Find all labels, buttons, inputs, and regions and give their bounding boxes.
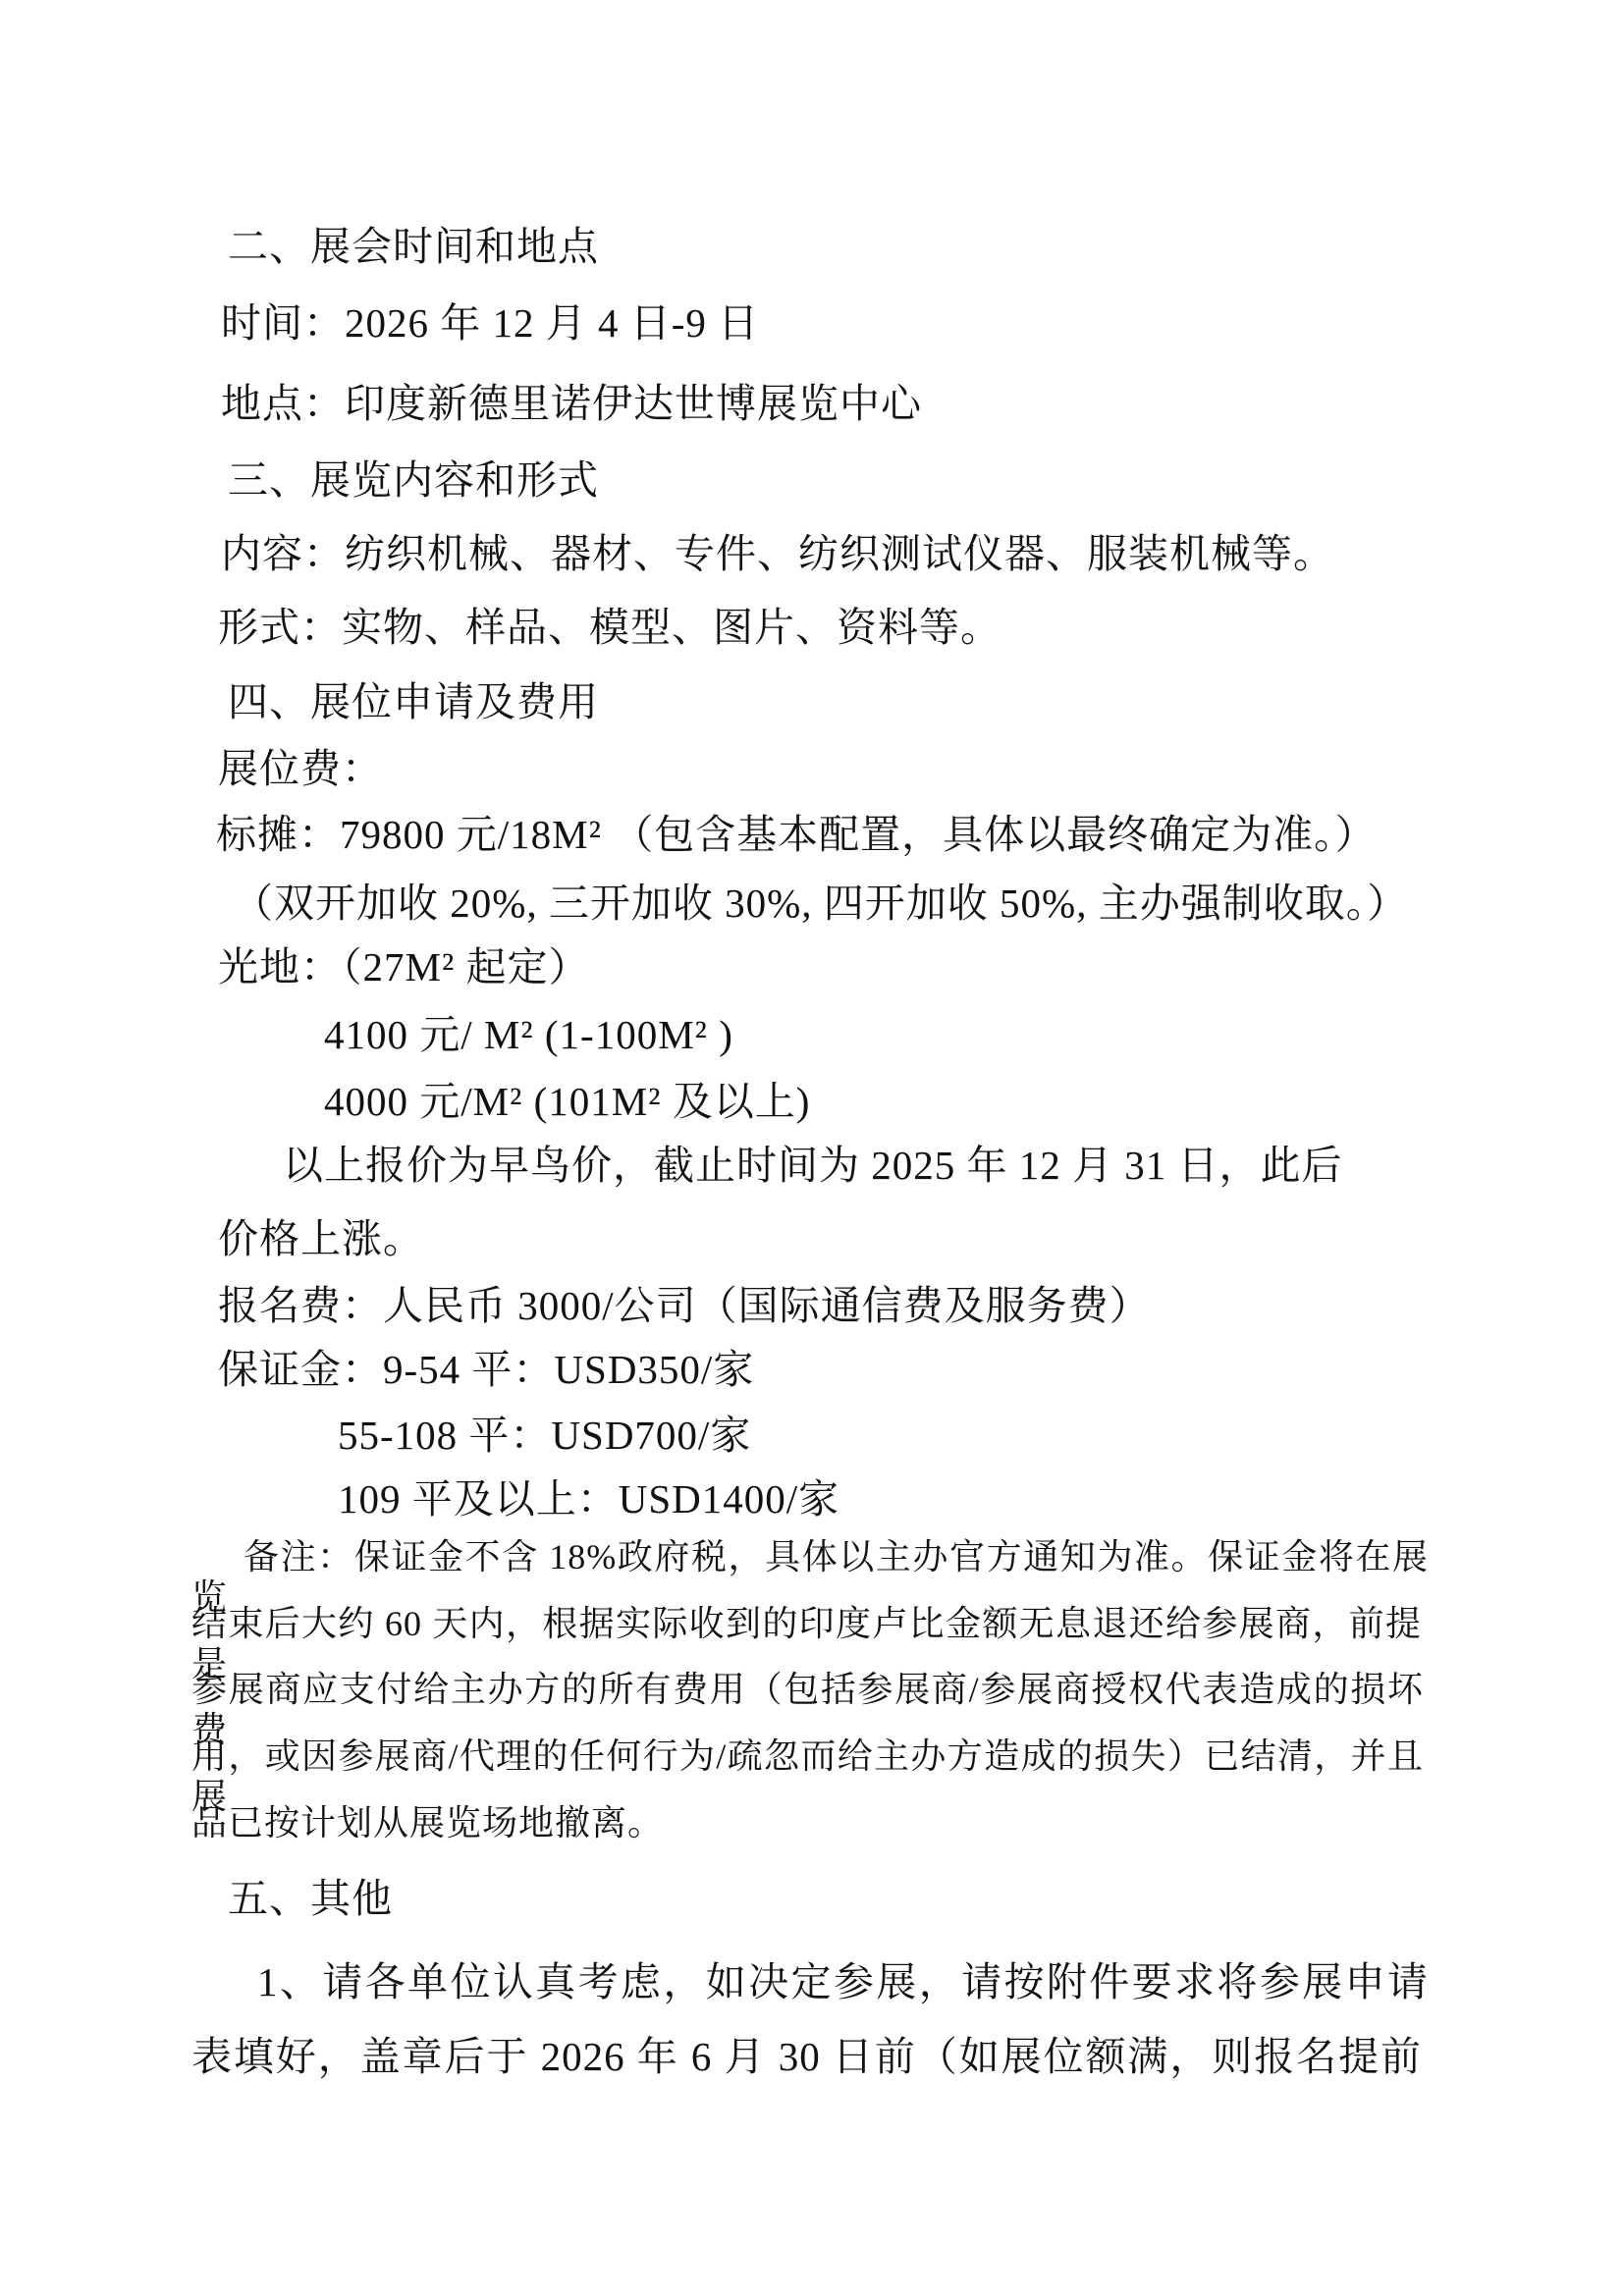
other-item1-line1: 1、请各单位认真考虑，如决定参展，请按附件要求将参展申请	[257, 1959, 1429, 2005]
raw-space-price-tier2: 4000 元/M² (101M² 及以上)	[324, 1079, 810, 1125]
section3-heading: 三、展览内容和形式	[228, 457, 599, 504]
exhibit-form: 形式：实物、样品、模型、图片、资料等。	[218, 605, 1001, 651]
raw-space-price-tier1: 4100 元/ M² (1-100M² )	[324, 1012, 733, 1058]
early-bird-note-line1: 以上报价为早鸟价，截止时间为 2025 年 12 月 31 日，此后	[283, 1143, 1343, 1189]
section2-heading: 二、展会时间和地点	[228, 224, 599, 270]
exhibit-content: 内容：纺织机械、器材、专件、纺织测试仪器、服装机械等。	[221, 531, 1334, 577]
exhibition-time: 时间：2026 年 12 月 4 日-9 日	[221, 300, 759, 347]
deposit-tier3: 109 平及以上：USD1400/家	[338, 1476, 839, 1522]
section4-heading: 四、展位申请及费用	[228, 679, 599, 725]
registration-fee: 报名费：人民币 3000/公司（国际通信费及服务费）	[218, 1283, 1151, 1329]
booth-fee-label: 展位费：	[218, 746, 383, 792]
deposit-tier2: 55-108 平：USD700/家	[338, 1413, 751, 1459]
other-item1-line2: 表填好，盖章后于 2026 年 6 月 30 日前（如展位额满，则报名提前	[191, 2034, 1422, 2080]
booth-surcharge-note: （双开加收 20%, 三开加收 30%, 四开加收 50%, 主办强制收取。）	[233, 881, 1408, 927]
exhibition-venue: 地点：印度新德里诺伊达世博展览中心	[221, 381, 922, 427]
standard-booth-price: 标摊：79800 元/18M² （包含基本配置，具体以最终确定为准。）	[216, 812, 1377, 858]
deposit-tier1: 保证金：9-54 平：USD350/家	[218, 1347, 754, 1393]
document-page: 二、展会时间和地点 时间：2026 年 12 月 4 日-9 日 地点：印度新德…	[0, 0, 1624, 2296]
deposit-remark-line5: 品已按计划从展览场地撤离。	[191, 1803, 664, 1843]
early-bird-note-line2: 价格上涨。	[218, 1216, 424, 1262]
section5-heading: 五、其他	[228, 1876, 393, 1922]
raw-space-label: 光地：（27M² 起定）	[218, 944, 590, 990]
